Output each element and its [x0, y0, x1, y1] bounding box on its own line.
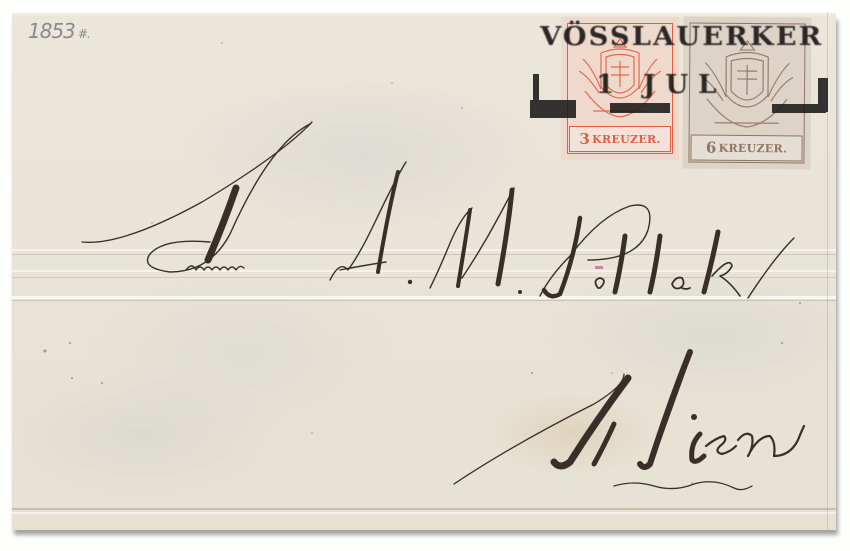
postal-cover-photo: 1853#. — [0, 0, 850, 551]
handwritten-address — [0, 0, 850, 551]
pink-ink-mark — [595, 266, 603, 269]
